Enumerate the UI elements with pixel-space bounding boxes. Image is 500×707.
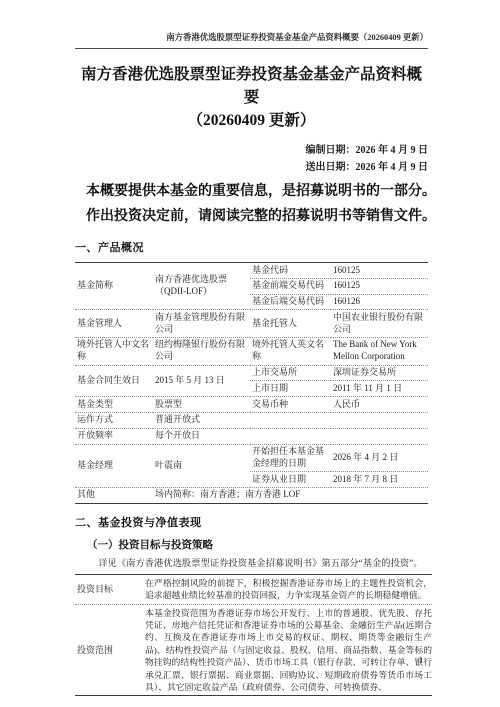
exchange-label: 上市交易所 <box>250 365 331 381</box>
overseas-en-value: The Bank of New York Mellon Corporation <box>331 337 428 365</box>
contract-date-value: 2015 年 5 月 13 日 <box>153 365 250 397</box>
prepared-date: 编制日期：2026 年 4 月 9 日 <box>75 143 428 160</box>
document-title: 南方香港优选股票型证券投资基金基金产品资料概要 （20260409 更新） <box>75 63 428 132</box>
start-date-value: 2026 年 4 月 2 日 <box>331 444 428 472</box>
reference-note: 详见《南方香港优选股票型证券投资基金招募说明书》第五部分“基金的投资”。 <box>75 558 428 570</box>
manager-value: 南方基金管理股份有限公司 <box>153 310 250 338</box>
frequency-value: 每个开放日 <box>153 428 428 444</box>
overseas-cn-label: 境外托管人中文名称 <box>75 337 153 365</box>
scope-label: 投资范围 <box>75 604 143 696</box>
start-date-label: 开始担任本基金基金经理的日期 <box>250 444 331 472</box>
fund-abbr-value: 南方香港优选股票（QDII-LOF） <box>153 263 250 310</box>
other-label: 其他 <box>75 487 153 503</box>
product-overview-table: 基金简称 南方香港优选股票（QDII-LOF） 基金代码 160125 基金前端… <box>75 262 428 504</box>
page-content: 南方香港优选股票型证券投资基金基金产品资料概要（20260409 更新） 南方香… <box>75 0 428 696</box>
fund-type-label: 基金类型 <box>75 397 153 413</box>
fund-abbr-label: 基金简称 <box>75 263 153 310</box>
manager-label: 基金管理人 <box>75 310 153 338</box>
contract-date-label: 基金合同生效日 <box>75 365 153 397</box>
investment-table: 投资目标 在严格控制风险的前提下，积极挖掘香港证券市场上的主题性投资机会，追求超… <box>75 574 432 697</box>
back-code-label: 基金后端交易代码 <box>250 294 331 310</box>
exchange-value: 深圳证券交易所 <box>331 365 428 381</box>
table-row: 基金管理人 南方基金管理股份有限公司 基金托管人 中国农业银行股份有限公司 <box>75 310 428 338</box>
currency-value: 人民币 <box>331 397 428 413</box>
section2-subheading: （一）投资目标与投资策略 <box>87 537 428 552</box>
table-row: 基金经理 叶震南 开始担任本基金基金经理的日期 2026 年 4 月 2 日 <box>75 444 428 472</box>
table-row: 投资目标 在严格控制风险的前提下，积极挖掘香港证券市场上的主题性投资机会，追求超… <box>75 574 432 604</box>
table-row: 运作方式 普通开放式 <box>75 412 428 428</box>
objective-text: 在严格控制风险的前提下，积极挖掘香港证券市场上的主题性投资机会，追求超越业绩比较… <box>143 574 432 604</box>
document-page: 南方香港优选股票型证券投资基金基金产品资料概要（20260409 更新） 南方香… <box>0 0 500 707</box>
career-date-label: 证券从业日期 <box>250 472 331 488</box>
running-header: 南方香港优选股票型证券投资基金基金产品资料概要（20260409 更新） <box>75 31 428 49</box>
operation-label: 运作方式 <box>75 412 153 428</box>
page-number: 1 <box>419 655 424 665</box>
table-row: 基金类型 股票型 交易币种 人民币 <box>75 397 428 413</box>
objective-label: 投资目标 <box>75 574 143 604</box>
career-date-value: 2018 年 7 月 8 日 <box>331 472 428 488</box>
document-title-line2: （20260409 更新） <box>75 109 428 132</box>
section2-heading: 二、基金投资与净值表现 <box>75 514 428 530</box>
date-block: 编制日期：2026 年 4 月 9 日 送出日期：2026 年 4 月 9 日 <box>75 143 428 176</box>
table-row: 境外托管人中文名称 纽约梅隆银行股份有限公司 境外托管人英文名称 The Ban… <box>75 337 428 365</box>
front-code-value: 160125 <box>331 278 428 294</box>
table-row: 基金合同生效日 2015 年 5 月 13 日 上市交易所 深圳证券交易所 <box>75 365 428 381</box>
other-value: 场内简称：南方香港；南方香港 LOF <box>153 487 428 503</box>
fund-manager-label: 基金经理 <box>75 444 153 487</box>
table-row: 投资范围 本基金投资范围为香港证券市场公开发行、上市的普通股、优先股、存托凭证、… <box>75 604 432 696</box>
listing-date-value: 2011 年 11 月 1 日 <box>331 381 428 397</box>
table-row: 基金简称 南方香港优选股票（QDII-LOF） 基金代码 160125 <box>75 263 428 279</box>
overseas-en-label: 境外托管人英文名称 <box>250 337 331 365</box>
notice-line2: 作出投资决定前，请阅读完整的招募说明书等销售文件。 <box>86 205 428 230</box>
delivery-date: 送出日期：2026 年 4 月 9 日 <box>75 160 428 177</box>
custodian-label: 基金托管人 <box>250 310 331 338</box>
operation-value: 普通开放式 <box>153 412 428 428</box>
front-code-label: 基金前端交易代码 <box>250 278 331 294</box>
frequency-label: 开放频率 <box>75 428 153 444</box>
section1-heading: 一、产品概况 <box>75 239 428 255</box>
notice-line1: 本概要提供本基金的重要信息，是招募说明书的一部分。 <box>86 180 428 205</box>
important-notice: 本概要提供本基金的重要信息，是招募说明书的一部分。 作出投资决定前，请阅读完整的… <box>75 180 428 229</box>
back-code-value: 160126 <box>331 294 428 310</box>
overseas-cn-value: 纽约梅隆银行股份有限公司 <box>153 337 250 365</box>
table-row: 其他 场内简称：南方香港；南方香港 LOF <box>75 487 428 503</box>
fund-code-value: 160125 <box>331 263 428 279</box>
custodian-value: 中国农业银行股份有限公司 <box>331 310 428 338</box>
listing-date-label: 上市日期 <box>250 381 331 397</box>
table-row: 开放频率 每个开放日 <box>75 428 428 444</box>
document-title-line1: 南方香港优选股票型证券投资基金基金产品资料概要 <box>75 63 428 109</box>
fund-manager-value: 叶震南 <box>153 444 250 487</box>
currency-label: 交易币种 <box>250 397 331 413</box>
fund-code-label: 基金代码 <box>250 263 331 279</box>
scope-text: 本基金投资范围为香港证券市场公开发行、上市的普通股、优先股、存托凭证、房地产信托… <box>143 604 432 696</box>
fund-type-value: 股票型 <box>153 397 250 413</box>
